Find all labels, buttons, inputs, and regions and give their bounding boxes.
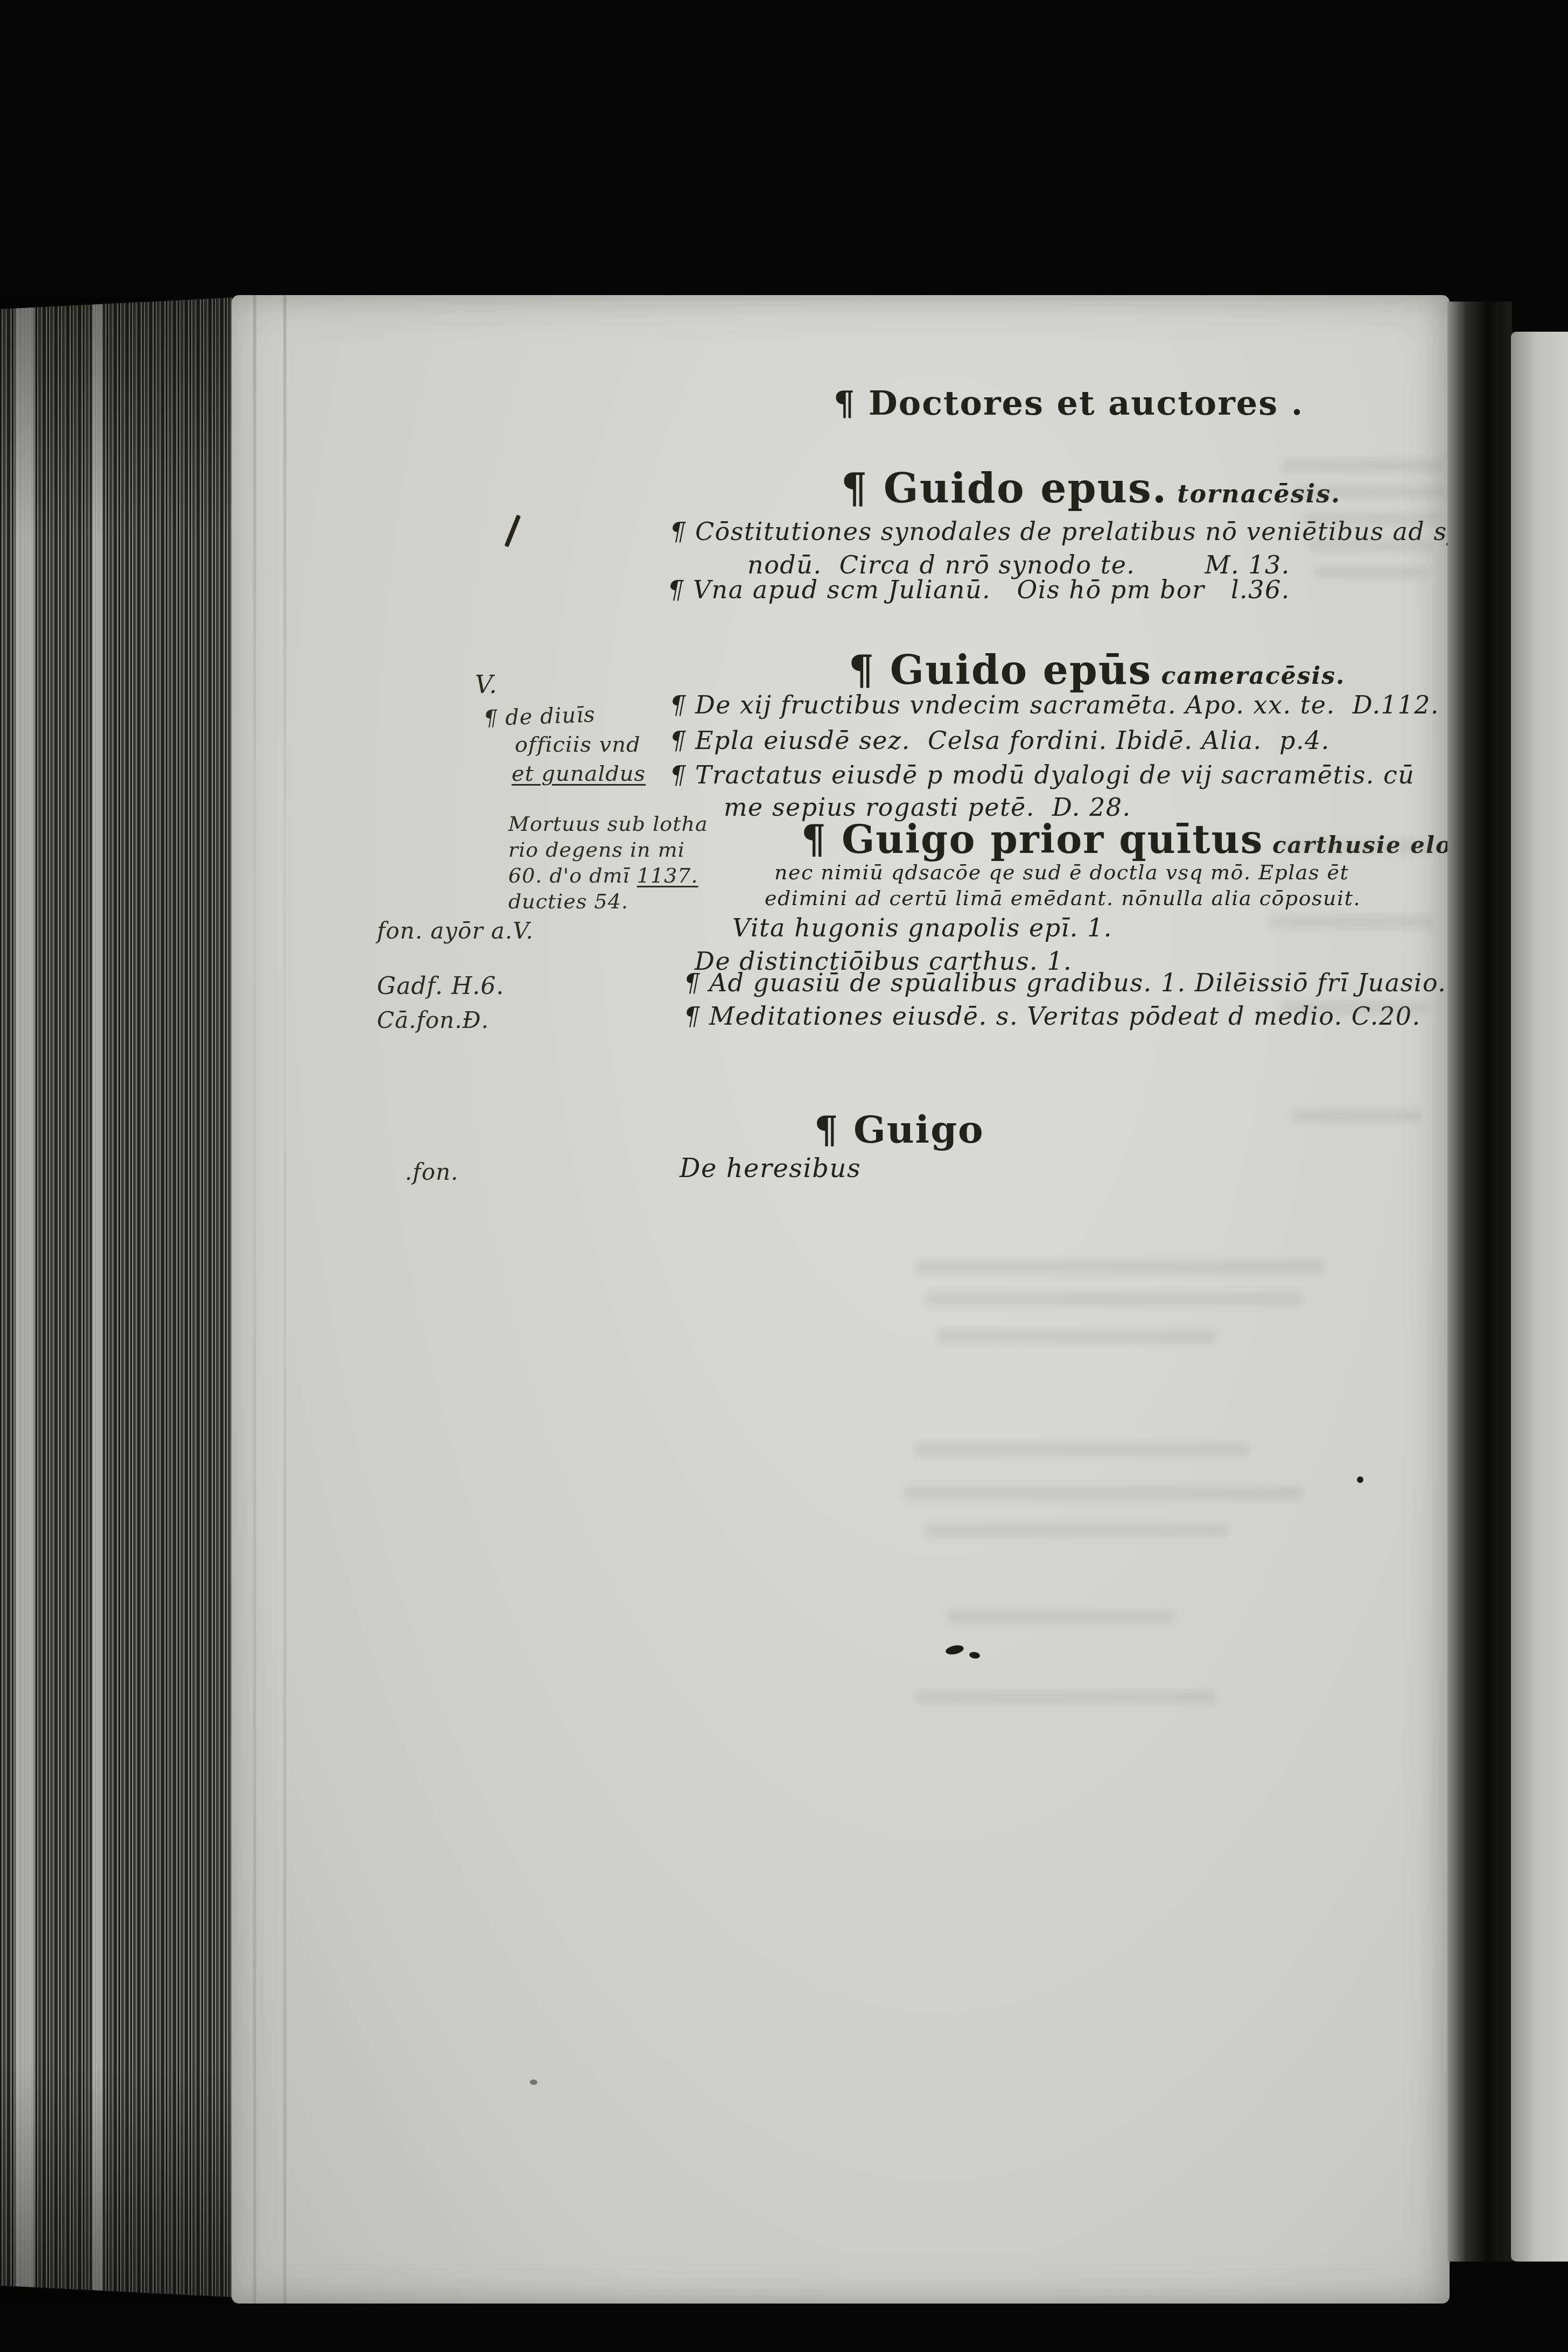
bleedthrough-mark [915,1691,1217,1704]
page-title: ¶ Doctores et auctores . [834,383,1304,423]
page-fold-line [253,295,256,2304]
bleedthrough-mark [926,1292,1303,1305]
ink-speck [1357,1476,1363,1483]
margin-note: officiis vnd [515,732,641,757]
margin-note: et gunaldus [512,761,646,786]
margin-note-obit: 60. d'o dmī 1137. [508,864,698,887]
margin-note: fon. ayōr a.V. [377,918,534,944]
bleedthrough-mark [1303,513,1438,526]
entry-line: De heresibus [680,1153,861,1184]
bleedthrough-mark [937,1330,1217,1343]
heading-name: ¶ Guigo prior quītus [801,816,1263,862]
book-fore-edge-shading [0,297,241,2304]
heading-name: ¶ Guido epus. [841,464,1167,512]
page-gutter-shadow [1447,302,1512,2262]
entry-line: ¶ Ad guasiū de spūalibus gradibus. 1. Di… [684,968,1446,997]
annotation-line: edimini ad certū limā emēdant. nōnulla a… [765,886,1361,910]
bleedthrough-mark [1282,1002,1427,1014]
margin-note: Cā.fon.Đ. [377,1007,489,1033]
entry-line: Vita hugonis gnapolis epī. 1. [732,913,1112,942]
entry-line: ¶ Tractatus eiusdē p modū dyalogi de vij… [670,760,1415,789]
entry-line: ¶ Epla eiusdē sez. Celsa fordini. Ibidē.… [670,726,1330,755]
section-heading-guido-tornacensis: ¶ Guido epus. tornacēsis. [841,464,1341,512]
bleedthrough-mark [915,1260,1325,1274]
margin-note: ¶ de diuīs [483,702,596,731]
bleedthrough-mark [1282,459,1443,473]
photo-backdrop: ¶ Doctores et auctores . ¶ Guido epus. t… [0,0,1568,2352]
bleedthrough-mark [915,1443,1249,1456]
bleedthrough-mark [926,1524,1228,1537]
bleedthrough-mark [1271,915,1432,928]
page-fold-line [283,295,286,2304]
heading-epithet: cameracēsis. [1152,662,1345,690]
entry-line: ¶ Vna apud scm Julianū. Ois hō pm bor l.… [668,575,1290,604]
bleedthrough-mark [1292,486,1443,499]
margin-note-obit: ducties 54. [508,890,628,913]
entry-line: ¶ De xij fructibus vndecim sacramēta. Ap… [670,690,1439,719]
margin-note-text: 60. d'o dmī [508,864,637,887]
bleedthrough-mark [948,1610,1174,1623]
facing-page-edge [1511,332,1568,2262]
bleedthrough-mark [1314,566,1427,578]
margin-note-year: 1137. [637,864,698,887]
section-heading-guigo: ¶ Guigo [814,1107,984,1152]
ink-speck [530,2080,537,2085]
bleedthrough-mark [1282,840,1432,853]
margin-note-obit: Mortuus sub lotha [508,812,708,836]
bleedthrough-mark [1308,540,1432,551]
annotation-line: nec nimiū qdsacōe qe sud ē doctla vsq mō… [774,860,1349,884]
section-heading-guido-cameracensis: ¶ Guido epūs cameracēsis. [849,647,1345,694]
margin-note-obit: rio degens in mi [508,838,685,862]
margin-note: Gadf. H.6. [377,972,505,1000]
margin-note: V. [475,670,498,699]
bleedthrough-mark [905,1486,1303,1500]
margin-note: .fon. [405,1159,459,1185]
heading-name: ¶ Guido epūs [849,647,1152,694]
bleedthrough-mark [1292,1109,1422,1122]
